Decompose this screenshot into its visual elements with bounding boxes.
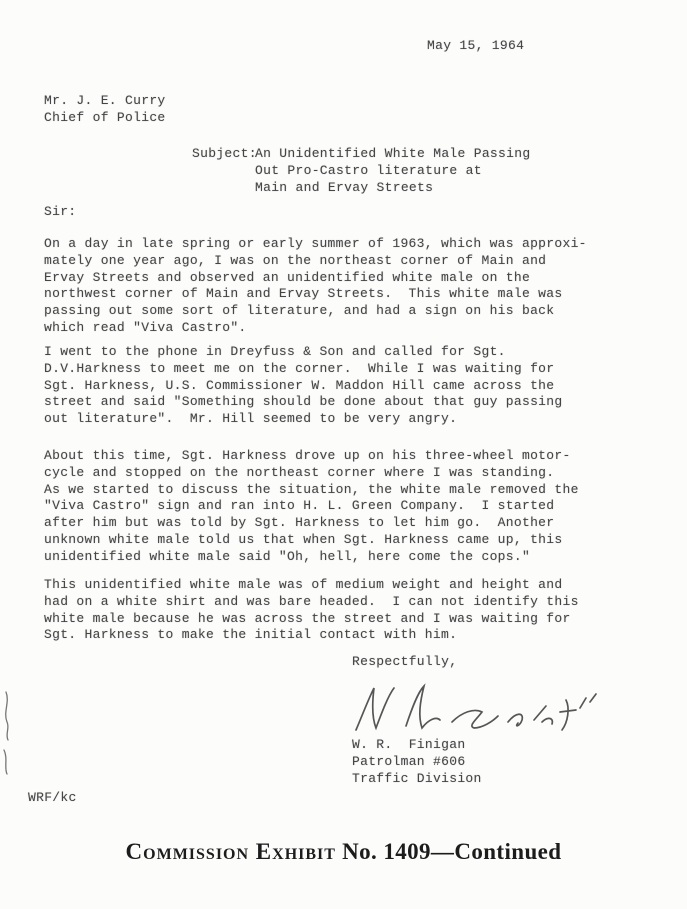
exhibit-caption-rest: No. 1409—Continued <box>336 839 562 864</box>
salutation: Sir: <box>44 204 76 221</box>
signature-rank: Patrolman #606 <box>352 754 465 771</box>
paragraph-1: On a day in late spring or early summer … <box>44 236 604 337</box>
typist-initials: WRF/kc <box>28 790 77 807</box>
exhibit-caption-smallcaps: Commission Exhibit <box>126 839 336 864</box>
paragraph-3: About this time, Sgt. Harkness drove up … <box>44 448 614 566</box>
exhibit-caption: Commission Exhibit No. 1409—Continued <box>0 839 687 865</box>
paragraph-2: I went to the phone in Dreyfuss & Son an… <box>44 344 604 428</box>
signature-division: Traffic Division <box>352 771 482 788</box>
letter-date: May 15, 1964 <box>427 38 524 55</box>
subject-label: Subject: <box>192 146 257 163</box>
addressee-block: Mr. J. E. Curry Chief of Police <box>44 93 166 127</box>
closing-salutation: Respectfully, <box>352 654 457 671</box>
scanned-letter-page: May 15, 1964 Mr. J. E. Curry Chief of Po… <box>0 0 687 909</box>
signature-name: W. R. Finigan <box>352 737 465 754</box>
subject-text: An Unidentified White Male Passing Out P… <box>255 146 530 196</box>
paragraph-4: This unidentified white male was of medi… <box>44 577 614 644</box>
signature-scrawl-icon <box>348 678 618 736</box>
scan-artifact-mark <box>0 688 18 778</box>
